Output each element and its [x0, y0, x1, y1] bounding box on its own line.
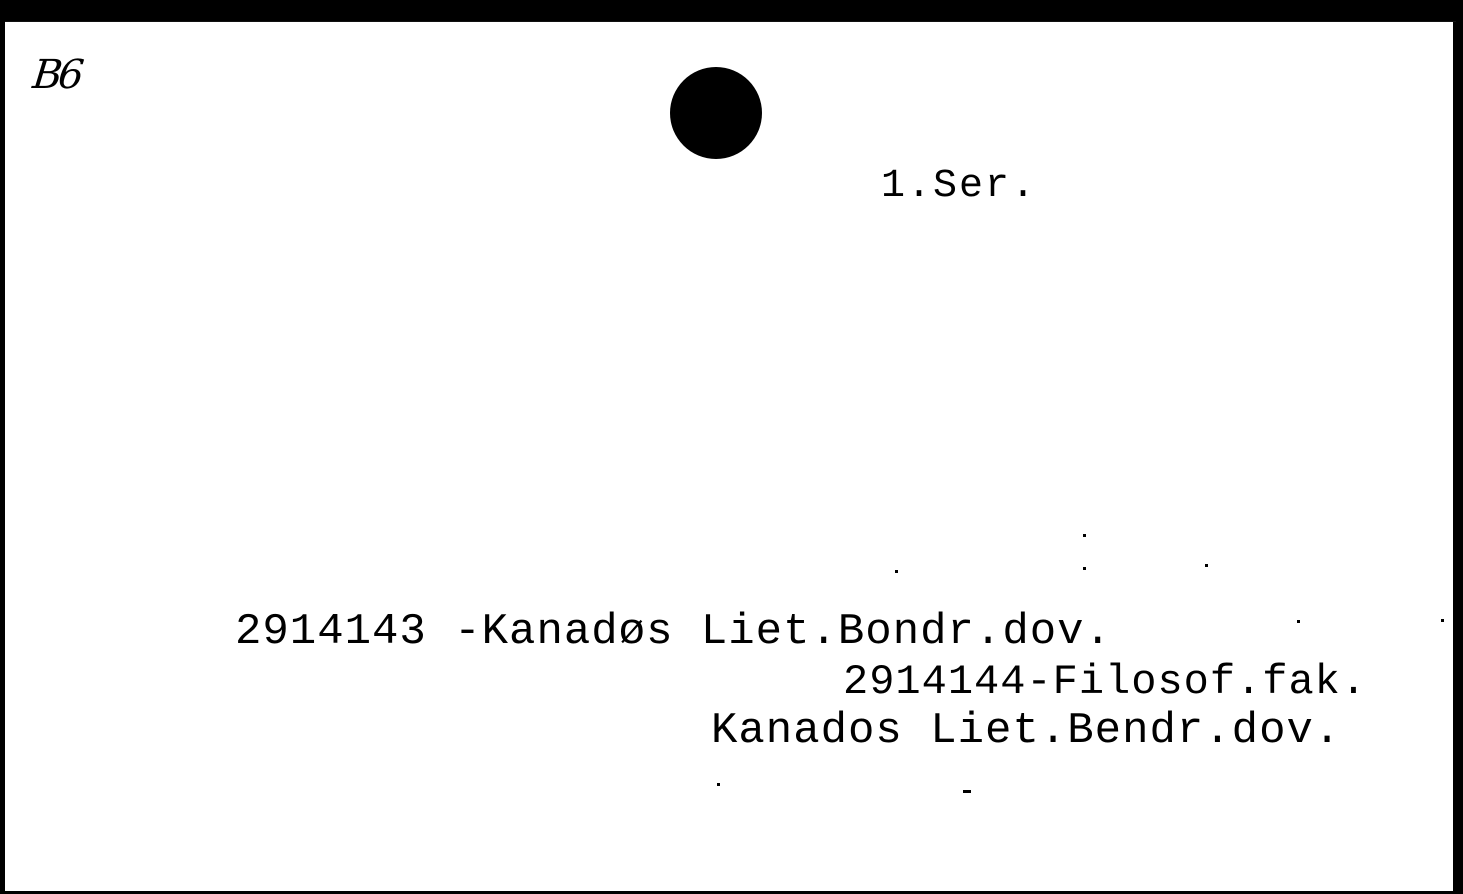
scan-speck: [895, 570, 898, 573]
card-edge: [1453, 22, 1456, 891]
handwritten-mark: B6: [31, 52, 83, 98]
scan-speck: [1083, 534, 1086, 537]
entry-line: 2914144-Filosof.fak.: [843, 658, 1367, 706]
entry-line: 2914143 -Kanadøs Liet.Bondr.dov.: [235, 607, 1112, 657]
series-label: 1.Ser.: [881, 164, 1037, 209]
index-card: B6 1.Ser. 2914143 -Kanadøs Liet.Bondr.do…: [5, 21, 1456, 891]
entry-line: Kanados Liet.Bendr.dov.: [711, 706, 1341, 756]
scan-speck: [1297, 620, 1300, 623]
punch-hole-icon: [670, 67, 762, 159]
scan-speck: [963, 790, 971, 793]
scan-speck: [1441, 619, 1444, 622]
scan-speck: [1083, 567, 1086, 570]
scan-speck: [1205, 564, 1208, 567]
scan-speck: [717, 783, 720, 786]
